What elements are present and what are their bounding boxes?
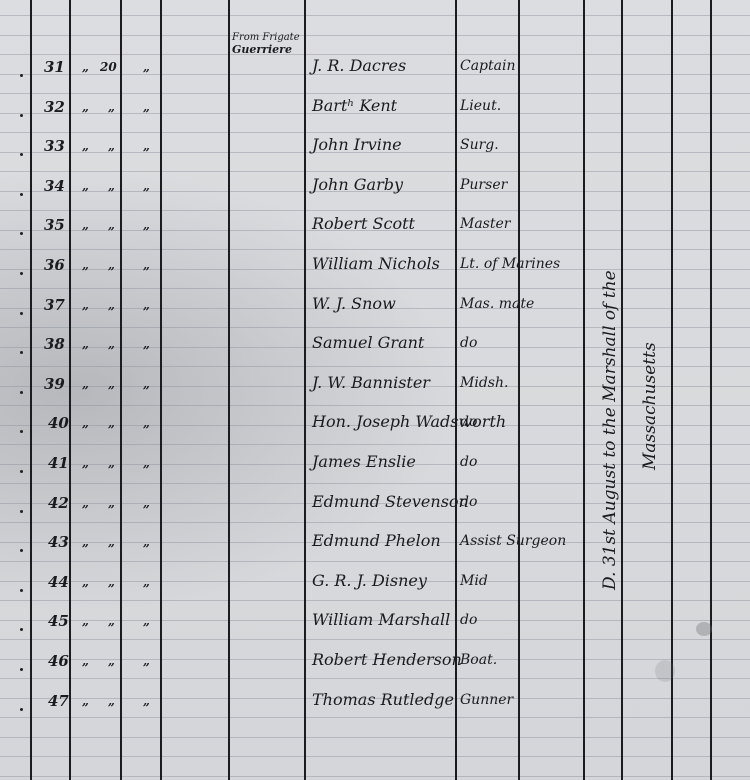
margin-dot <box>20 74 23 77</box>
ditto-mark: „ <box>143 298 150 312</box>
entry-number: 34 <box>44 177 65 195</box>
origin-line-2: Guerriere <box>232 44 300 56</box>
person-rank: Mid <box>460 573 488 589</box>
ditto-mark: „ <box>143 694 150 708</box>
entry-number: 47 <box>48 692 69 710</box>
ditto-mark: „ <box>82 179 89 193</box>
margin-dot <box>20 232 23 235</box>
person-name: John Irvine <box>312 135 402 154</box>
ditto-mark: „ <box>82 654 89 668</box>
ditto-mark: „ <box>82 496 89 510</box>
person-name: Thomas Rutledge <box>312 690 454 709</box>
person-rank: Mas. mate <box>460 296 534 312</box>
ditto-mark: „ <box>82 614 89 628</box>
ledger-page: From Frigate Guerriere 31„20„J. R. Dacre… <box>0 0 750 780</box>
margin-dot <box>20 391 23 394</box>
ruled-line <box>0 54 750 55</box>
ditto-mark: „ <box>82 377 89 391</box>
person-name: John Garby <box>312 175 403 194</box>
ditto-mark: „ <box>143 496 150 510</box>
entry-number: 43 <box>48 533 69 551</box>
ditto-mark: „ <box>143 614 150 628</box>
margin-dot <box>20 153 23 156</box>
margin-dot <box>20 430 23 433</box>
person-rank: do <box>460 494 477 510</box>
column-line <box>621 0 623 780</box>
person-rank: Purser <box>460 177 507 193</box>
person-name: J. R. Dacres <box>312 56 406 75</box>
ditto-mark: „ <box>143 535 150 549</box>
person-rank: do <box>460 335 477 351</box>
ditto-mark: „ <box>143 60 150 74</box>
origin-note: From Frigate Guerriere <box>232 32 300 56</box>
margin-dot <box>20 628 23 631</box>
ditto-mark: „ <box>82 60 89 74</box>
entry-number: 32 <box>44 98 65 116</box>
entry-number: 46 <box>48 652 69 670</box>
ruled-line <box>0 737 750 738</box>
entry-number: 40 <box>48 414 69 432</box>
entry-number: 39 <box>44 375 65 393</box>
person-name: Robert Scott <box>312 214 415 233</box>
margin-dot <box>20 351 23 354</box>
ditto-mark: „ <box>143 139 150 153</box>
entry-number: 36 <box>44 256 65 274</box>
person-rank: Lt. of Marines <box>460 256 560 272</box>
ditto-mark: „ <box>108 139 115 153</box>
column-line <box>120 0 122 780</box>
ditto-mark: „ <box>143 654 150 668</box>
ditto-mark: „ <box>143 416 150 430</box>
ditto-mark: „ <box>108 614 115 628</box>
column-line <box>710 0 712 780</box>
ditto-mark: „ <box>108 218 115 232</box>
person-rank: Lieut. <box>460 98 501 114</box>
column-line <box>69 0 71 780</box>
ditto-mark: „ <box>108 456 115 470</box>
margin-dot <box>20 272 23 275</box>
ditto-mark: „ <box>82 258 89 272</box>
ruled-line <box>0 776 750 777</box>
ruled-line <box>0 444 750 445</box>
entry-number: 35 <box>44 216 65 234</box>
ditto-mark: „ <box>82 218 89 232</box>
ruled-line <box>0 639 750 640</box>
margin-dot <box>20 549 23 552</box>
ruled-line <box>0 717 750 718</box>
ruled-line <box>0 600 750 601</box>
entry-number: 38 <box>44 335 65 353</box>
ruled-line <box>0 249 750 250</box>
ruled-line <box>0 171 750 172</box>
person-rank: Surg. <box>460 137 499 153</box>
ditto-mark: „ <box>143 100 150 114</box>
ruled-line <box>0 327 750 328</box>
ruled-line <box>0 756 750 757</box>
paper-stain <box>655 660 675 682</box>
ditto-mark: „ <box>143 456 150 470</box>
ditto-mark: „ <box>143 337 150 351</box>
margin-dot <box>20 312 23 315</box>
column-line <box>160 0 162 780</box>
person-rank: Assist Surgeon <box>460 533 566 549</box>
person-name: Bartʰ Kent <box>312 96 397 115</box>
ruled-line <box>0 405 750 406</box>
column-line <box>583 0 585 780</box>
entry-number: 45 <box>48 612 69 630</box>
person-name: G. R. J. Disney <box>312 571 427 590</box>
day-value: 20 <box>100 60 117 74</box>
ditto-mark: „ <box>143 377 150 391</box>
ditto-mark: „ <box>108 298 115 312</box>
ditto-mark: „ <box>108 575 115 589</box>
ditto-mark: „ <box>108 179 115 193</box>
person-rank: Captain <box>460 58 516 74</box>
ditto-mark: „ <box>108 416 115 430</box>
ruled-line <box>0 35 750 36</box>
person-name: Edmund Phelon <box>312 531 441 550</box>
ditto-mark: „ <box>82 100 89 114</box>
ditto-mark: „ <box>82 575 89 589</box>
person-name: W. J. Snow <box>312 294 396 313</box>
person-rank: Gunner <box>460 692 513 708</box>
ditto-mark: „ <box>82 416 89 430</box>
margin-dot <box>20 510 23 513</box>
person-rank: do <box>460 612 477 628</box>
paper-stain <box>696 622 712 636</box>
person-rank: Boat. <box>460 652 497 668</box>
ditto-mark: „ <box>108 654 115 668</box>
ruled-line <box>0 132 750 133</box>
person-name: William Nichols <box>312 254 440 273</box>
entry-number: 42 <box>48 494 69 512</box>
column-line <box>518 0 520 780</box>
ditto-mark: „ <box>143 179 150 193</box>
ruled-line <box>0 483 750 484</box>
ruled-line <box>0 561 750 562</box>
margin-dot <box>20 470 23 473</box>
ditto-mark: „ <box>82 535 89 549</box>
ditto-mark: „ <box>82 456 89 470</box>
column-line <box>228 0 230 780</box>
ditto-mark: „ <box>108 694 115 708</box>
ditto-mark: „ <box>82 337 89 351</box>
ruled-line <box>0 522 750 523</box>
margin-dot <box>20 114 23 117</box>
ditto-mark: „ <box>143 258 150 272</box>
person-name: James Enslie <box>312 452 416 471</box>
ditto-mark: „ <box>82 139 89 153</box>
person-name: J. W. Bannister <box>312 373 430 392</box>
entry-number: 44 <box>48 573 69 591</box>
column-line <box>30 0 32 780</box>
ruled-line <box>0 288 750 289</box>
ditto-mark: „ <box>143 218 150 232</box>
ditto-mark: „ <box>82 298 89 312</box>
entry-number: 37 <box>44 296 65 314</box>
ruled-line <box>0 93 750 94</box>
margin-dot <box>20 193 23 196</box>
ditto-mark: „ <box>82 694 89 708</box>
person-rank: do <box>460 454 477 470</box>
ditto-mark: „ <box>108 258 115 272</box>
entry-number: 41 <box>48 454 69 472</box>
ruled-line <box>0 678 750 679</box>
ruled-line <box>0 366 750 367</box>
person-name: William Marshall <box>312 610 450 629</box>
margin-dot <box>20 668 23 671</box>
ruled-line <box>0 210 750 211</box>
ditto-mark: „ <box>108 337 115 351</box>
ditto-mark: „ <box>108 496 115 510</box>
ditto-mark: „ <box>143 575 150 589</box>
ruled-line <box>0 15 750 16</box>
person-rank: Master <box>460 216 510 232</box>
person-name: Robert Henderson <box>312 650 462 669</box>
margin-dot <box>20 708 23 711</box>
person-name: Edmund Stevenson <box>312 492 469 511</box>
marginal-note-line-2: Massachusetts <box>640 342 660 470</box>
person-name: Samuel Grant <box>312 333 424 352</box>
person-rank: Midsh. <box>460 375 508 391</box>
marginal-note-line-1: D. 31st August to the Marshall of the <box>600 270 620 590</box>
ditto-mark: „ <box>108 100 115 114</box>
entry-number: 31 <box>44 58 65 76</box>
ditto-mark: „ <box>108 535 115 549</box>
margin-dot <box>20 589 23 592</box>
entry-number: 33 <box>44 137 65 155</box>
column-line <box>304 0 306 780</box>
ditto-mark: „ <box>108 377 115 391</box>
person-rank: do <box>460 414 477 430</box>
